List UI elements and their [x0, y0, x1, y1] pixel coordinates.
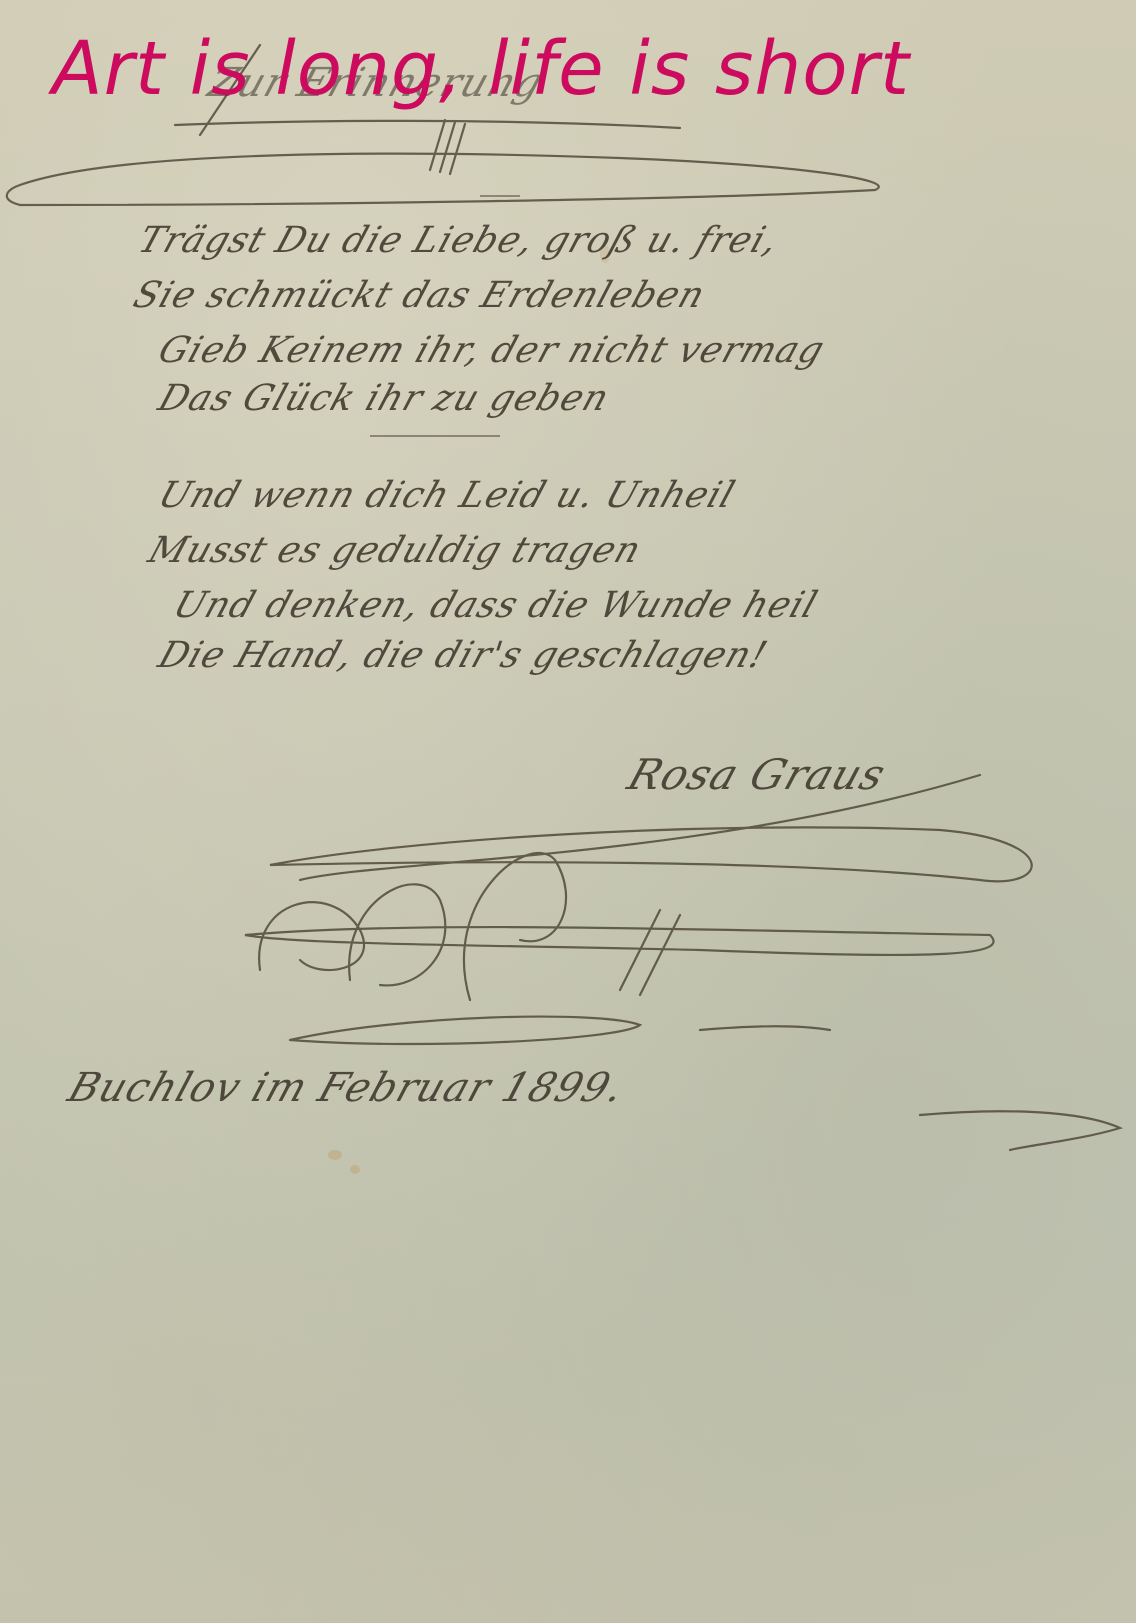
verse-line: Und denken, dass die Wunde heil: [168, 585, 822, 626]
verse-line: Das Glück ihr zu geben: [153, 378, 614, 419]
verse-line: Trägst Du die Liebe, groß u. frei,: [133, 220, 783, 261]
verse-line: Gieb Keinem ihr, der nicht vermag: [153, 330, 830, 371]
verse-line: Musst es geduldig tragen: [143, 530, 646, 571]
section-divider: [480, 195, 520, 197]
verse-line: Sie schmückt das Erdenleben: [128, 275, 710, 316]
verse-line: Die Hand, die dir's geschlagen!: [153, 635, 772, 676]
verse-line: Und wenn dich Leid u. Unheil: [153, 475, 740, 516]
manuscript-page: Art is long, life is short Zur Erinnerun…: [0, 0, 1136, 1623]
section-divider: [370, 435, 500, 437]
overlay-quote-title: Art is long, life is short: [52, 32, 910, 106]
signature: Rosa Graus: [622, 750, 892, 799]
closing-place-date: Buchlov im Februar 1899.: [63, 1065, 631, 1111]
